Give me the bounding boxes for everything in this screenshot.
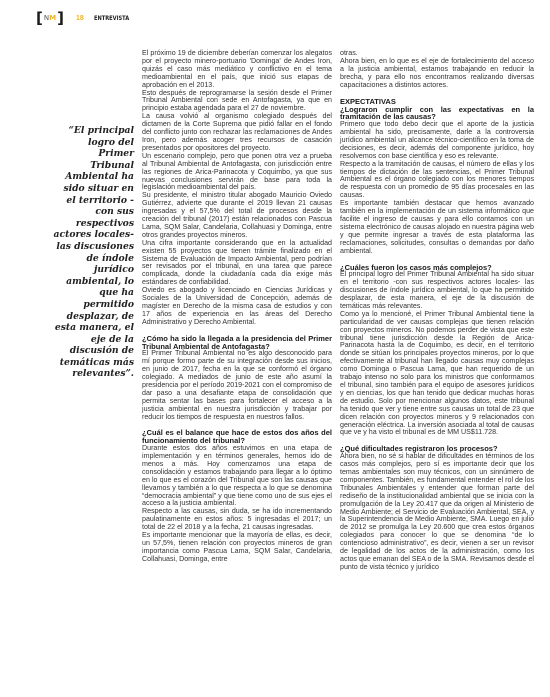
interview-answer: Respecto a las causas, sin duda, se ha i…	[142, 508, 332, 532]
interview-question: ¿Cómo ha sido la llegada a la presidenci…	[142, 335, 332, 351]
interview-answer: Primero que todo debo decir que el aport…	[340, 121, 534, 161]
article-column-1: El próximo 19 de diciembre deberían come…	[142, 50, 332, 564]
logo-bracket-left: [	[36, 11, 43, 25]
logo-letter-m: M	[49, 14, 56, 22]
interview-answer: El Primer Tribunal Ambiental no es algo …	[142, 350, 332, 421]
paragraph: El próximo 19 de diciembre deberían come…	[142, 50, 332, 90]
paragraph: Ahora bien, en lo que es el eje de forta…	[340, 58, 534, 90]
interview-answer: Como ya lo mencioné, el Primer Tribunal …	[340, 311, 534, 438]
interview-question: ¿Cuál es el balance que hace de estos do…	[142, 429, 332, 445]
interview-answer: Es importante también destacar que hemos…	[340, 200, 534, 255]
article-column-2: otras. Ahora bien, en lo que es el eje d…	[340, 50, 534, 572]
interview-answer: Respecto a la tramitación de causas, el …	[340, 161, 534, 201]
interview-answer: Ahora bien, no sé si hablar de dificulta…	[340, 453, 534, 572]
paragraph: Su presidente, el ministro titular aboga…	[142, 192, 332, 239]
page-number: 18	[76, 15, 84, 22]
interview-question: ¿Lograron cumplir con las expectativas e…	[340, 106, 534, 122]
paragraph: Oviedo es abogado y licenciado en Cienci…	[142, 287, 332, 327]
page-header: [ NM ] 18 ENTREVISTA	[36, 10, 135, 26]
interview-answer: El principal logro del Primer Tribunal A…	[340, 271, 534, 311]
paragraph: Un escenario complejo, pero que ponen ot…	[142, 153, 332, 193]
interview-answer: Durante estos dos años estuvimos en una …	[142, 445, 332, 508]
section-label: ENTREVISTA	[94, 15, 129, 22]
magazine-logo: [ NM ]	[36, 11, 64, 25]
paragraph: Esto después de reprogramarse la sesión …	[142, 90, 332, 114]
interview-answer: Es importante mencionar que la mayoría d…	[142, 532, 332, 564]
paragraph: La causa volvió al organismo colegiado d…	[142, 113, 332, 153]
logo-bracket-right: ]	[57, 11, 64, 25]
paragraph: Una cifra importante considerando que en…	[142, 240, 332, 287]
pull-quote: “El principal logro del Primer Tribunal …	[52, 125, 134, 380]
